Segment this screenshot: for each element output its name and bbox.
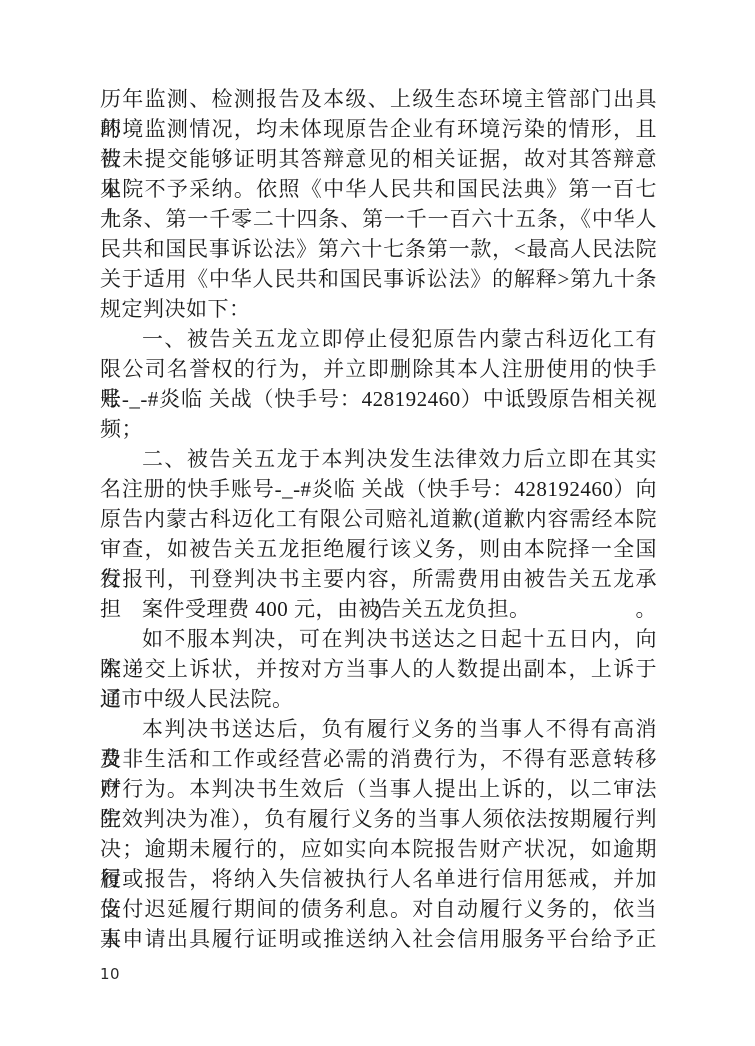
text-line: 九条、第一千零二十四条、第一千一百六十五条，《中华人 [100, 204, 657, 234]
judgment-text-block: 历年监测、检测报告及本级、上级生态环境主管部门出具的 环境监测情况，均未体现原告… [100, 84, 657, 954]
text-line: 生效判决为准），负有履行义务的当事人须依法按期履行判 [100, 804, 657, 834]
text-line-appeal-notice: 如不服本判决，可在判决书送达之日起十五日内，向本 [100, 624, 657, 654]
judgment-document-page: 历年监测、检测报告及本级、上级生态环境主管部门出具的 环境监测情况，均未体现原告… [0, 0, 755, 1046]
text-line: 决；逾期未履行的，应如实向本院报告财产状况，如逾期履 [100, 834, 657, 864]
text-line-judgment-item-1: 一、被告关五龙立即停止侵犯原告内蒙古科迈化工有 [100, 324, 657, 354]
text-line: 原告内蒙古科迈化工有限公司赔礼道歉(道歉内容需经本院 [100, 504, 657, 534]
text-line: 频； [100, 414, 657, 444]
text-line: 号-_-#炎临 关战（快手号：428192460）中诋毁原告相关视 [100, 384, 657, 414]
text-line: 行报刊，刊登判决书主要内容，所需费用由被告关五龙承担)。 [100, 564, 657, 594]
text-line: 告未提交能够证明其答辩意见的相关证据，故对其答辩意见 [100, 144, 657, 174]
text-line: 关于适用《中华人民共和国民事诉讼法》的解释>第九十条 [100, 264, 657, 294]
text-line: 名注册的快手账号-_-#炎临 关战（快手号：428192460）向 [100, 474, 657, 504]
text-line: 人申请出具履行证明或推送纳入社会信用服务平台给予正 [100, 924, 657, 954]
text-line-enforcement-notice: 本判决书送达后，负有履行义务的当事人不得有高消费 [100, 714, 657, 744]
text-line: 本院不予采纳。依照《中华人民共和国民法典》第一百七十 [100, 174, 657, 204]
text-line: 院递交上诉状，并按对方当事人的人数提出副本，上诉于通 [100, 654, 657, 684]
text-line-judgment-item-2: 二、被告关五龙于本判决发生法律效力后立即在其实 [100, 444, 657, 474]
text-line: 辽市中级人民法院。 [100, 684, 657, 714]
text-line: 及非生活和工作或经营必需的消费行为，不得有恶意转移财 [100, 744, 657, 774]
text-line: 环境监测情况，均未体现原告企业有环境污染的情形，且被 [100, 114, 657, 144]
text-line: 支付迟延履行期间的债务利息。对自动履行义务的，依当事 [100, 894, 657, 924]
text-line: 产行为。本判决书生效后（当事人提出上诉的，以二审法院 [100, 774, 657, 804]
text-line: 限公司名誉权的行为，并立即删除其本人注册使用的快手账 [100, 354, 657, 384]
text-line: 历年监测、检测报告及本级、上级生态环境主管部门出具的 [100, 84, 657, 114]
text-line: 审查，如被告关五龙拒绝履行该义务，则由本院择一全国发 [100, 534, 657, 564]
text-line: 民共和国民事诉讼法》第六十七条第一款，<最高人民法院 [100, 234, 657, 264]
page-number: 10 [100, 964, 120, 984]
text-line: 行或报告，将纳入失信被执行人名单进行信用惩戒，并加倍 [100, 864, 657, 894]
text-line: 规定判决如下： [100, 294, 657, 324]
